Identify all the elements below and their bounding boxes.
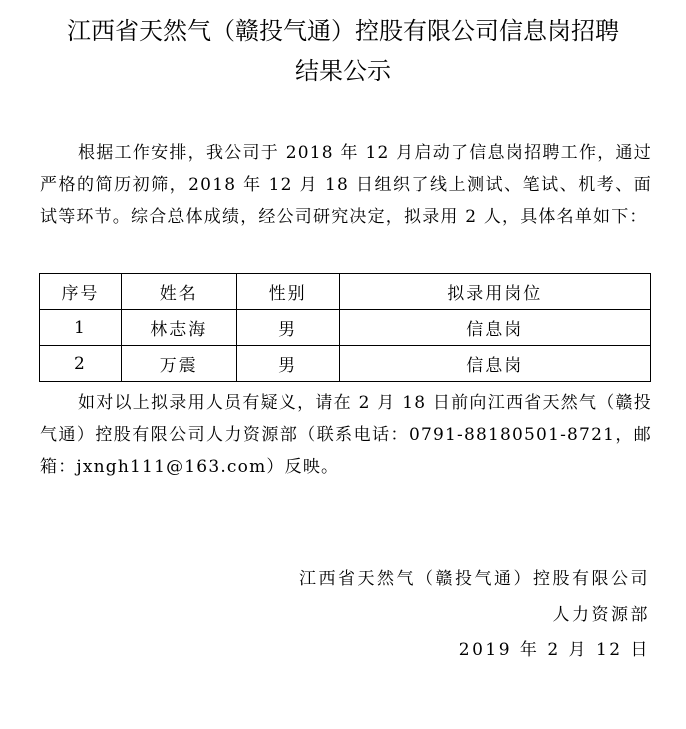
cell-index: 2 bbox=[40, 346, 122, 382]
cell-gender: 男 bbox=[236, 346, 339, 382]
cell-name: 万震 bbox=[121, 346, 236, 382]
header-index: 序号 bbox=[40, 274, 122, 310]
signature-department: 人力资源部 bbox=[553, 597, 651, 633]
table-header-row: 序号 姓名 性别 拟录用岗位 bbox=[40, 274, 651, 310]
header-gender: 性别 bbox=[236, 274, 339, 310]
page-title-line-2: 结果公示 bbox=[0, 56, 686, 86]
results-table: 序号 姓名 性别 拟录用岗位 1 林志海 男 信息岗 2 万震 男 信息岗 bbox=[39, 273, 651, 382]
signature-company: 江西省天然气（赣投气通）控股有限公司 bbox=[299, 561, 650, 597]
intro-paragraph: 根据工作安排，我公司于 2018 年 12 月启动了信息岗招聘工作，通过严格的简… bbox=[40, 137, 652, 233]
cell-gender: 男 bbox=[236, 310, 339, 346]
cell-position: 信息岗 bbox=[339, 310, 650, 346]
table-row: 2 万震 男 信息岗 bbox=[40, 346, 651, 382]
signature-date: 2019 年 2 月 12 日 bbox=[459, 632, 650, 668]
intro-paragraph-block: 根据工作安排，我公司于 2018 年 12 月启动了信息岗招聘工作，通过严格的简… bbox=[40, 137, 652, 233]
header-name: 姓名 bbox=[121, 274, 236, 310]
table-row: 1 林志海 男 信息岗 bbox=[40, 310, 651, 346]
page-title-line-1: 江西省天然气（赣投气通）控股有限公司信息岗招聘 bbox=[0, 16, 686, 46]
header-position: 拟录用岗位 bbox=[339, 274, 650, 310]
cell-index: 1 bbox=[40, 310, 122, 346]
objection-paragraph: 如对以上拟录用人员有疑义，请在 2 月 18 日前向江西省天然气（赣投气通）控股… bbox=[40, 387, 652, 483]
cell-name: 林志海 bbox=[121, 310, 236, 346]
cell-position: 信息岗 bbox=[339, 346, 650, 382]
objection-paragraph-block: 如对以上拟录用人员有疑义，请在 2 月 18 日前向江西省天然气（赣投气通）控股… bbox=[40, 387, 652, 483]
